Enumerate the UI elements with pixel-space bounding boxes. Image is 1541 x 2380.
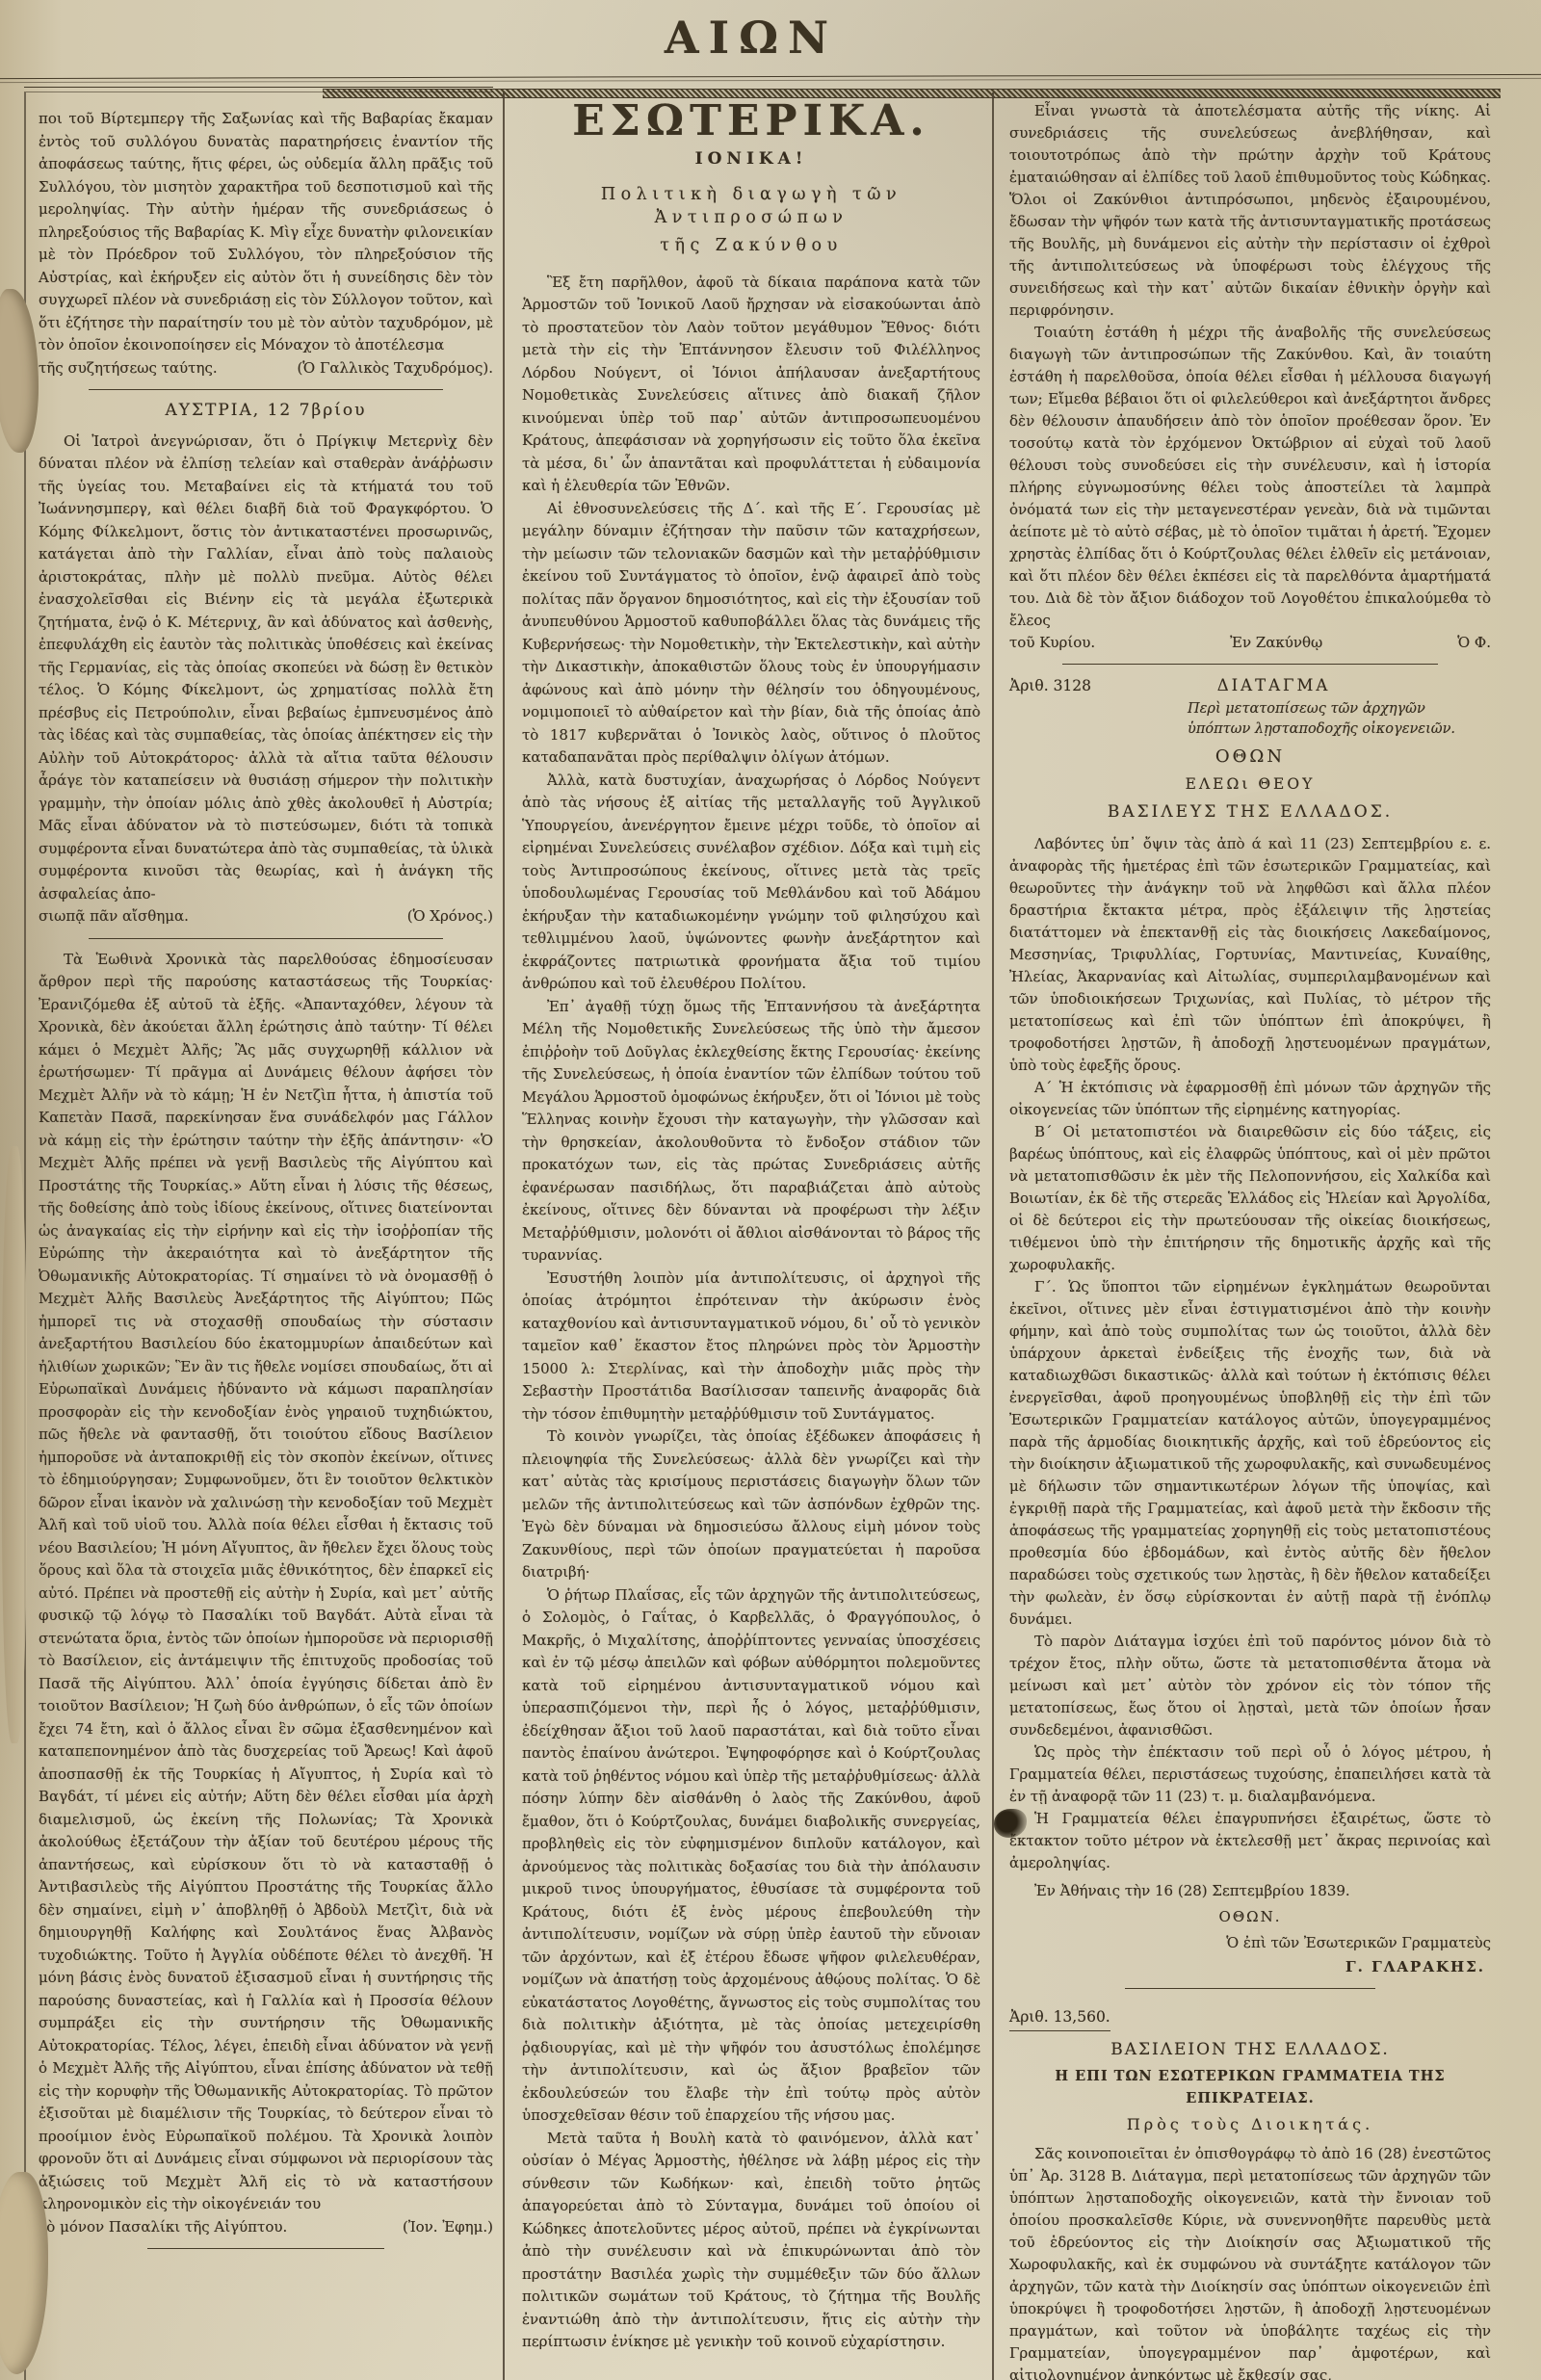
attribution-line: σιωπᾷ πᾶν αἴσθημα. (Ὁ Χρόνος.) bbox=[39, 905, 493, 928]
decree-clause-c: Γ´. Ὡς ὕποπτοι τῶν εἰρημένων ἐγκλημάτων … bbox=[1009, 1276, 1491, 1631]
paragraph-ending: τὸ μόνον Πασαλίκι τῆς Αἰγύπτου. bbox=[39, 2216, 287, 2239]
article-paragraph: Εἶναι γνωστὰ τὰ ἀποτελέσματα αὐτῆς τῆς ν… bbox=[1009, 100, 1491, 322]
secretary-signature: Γ. ΓΛΑΡΑΚΗΣ. bbox=[1009, 1956, 1485, 1978]
subsection-title: ΙΟΝΙΚΑ! bbox=[522, 148, 980, 171]
decree-clause-a: Α´ Ἡ ἐκτόπισις νὰ ἐφαρμοσθῇ ἐπὶ μόνων τῶ… bbox=[1009, 1077, 1491, 1121]
secretary-title: Ὁ ἐπὶ τῶν Ἐσωτερικῶν Γραμματεὺς bbox=[1009, 1932, 1491, 1954]
article-closing-line: τοῦ Κυρίου. Ἐν Ζακύνθῳ Ὁ Φ. bbox=[1009, 632, 1491, 654]
article-paragraph: Τὸ κοινὸν γνωρίζει, τὰς ὁποίας ἐξέδωκεν … bbox=[522, 1425, 980, 1584]
attribution-line: τὸ μόνον Πασαλίκι τῆς Αἰγύπτου. (Ἰον. Ἐφ… bbox=[39, 2216, 493, 2239]
right-column: Εἶναι γνωστὰ τὰ ἀποτελέσματα αὐτῆς τῆς ν… bbox=[1009, 100, 1491, 2380]
section-separator bbox=[89, 389, 443, 390]
decree-subtitle-line1: Περὶ μετατοπίσεως τῶν ἀρχηγῶν bbox=[1188, 699, 1491, 719]
source-credit: (Ἰον. Ἐφημ.) bbox=[403, 2216, 493, 2239]
section-separator bbox=[1062, 664, 1438, 665]
newspaper-title: ΑΙΩΝ bbox=[0, 12, 1502, 64]
decree-subtitle-line2: ὑπόπτων λῃσταποδοχῆς οἰκογενειῶν. bbox=[1188, 719, 1491, 740]
article-paragraph: Αἱ ἐθνοσυνελεύσεις τῆς Δ´. καὶ τῆς Ε´. Γ… bbox=[522, 498, 980, 770]
article-title-line1: Πολιτικὴ διαγωγὴ τῶν Ἀντιπροσώπων bbox=[522, 184, 980, 229]
left-column-top-rule bbox=[24, 87, 493, 92]
section-separator bbox=[1125, 1988, 1375, 1989]
section-separator bbox=[89, 938, 443, 939]
source-credit: (Ὁ Γαλλικὸς Ταχυδρόμος). bbox=[297, 357, 493, 380]
decree-paragraph: Ὡς πρὸς τὴν ἐπέκτασιν τοῦ περὶ οὗ ὁ λόγο… bbox=[1009, 1741, 1491, 1808]
decree-title: ΔΙΑΤΑΓΜΑ bbox=[1074, 674, 1474, 696]
article-paragraph: Τοιαύτη ἐστάθη ἡ μέχρι τῆς ἀναβολῆς τῆς … bbox=[1009, 322, 1491, 632]
king-name-heading: ΟΘΩΝ bbox=[1009, 745, 1491, 768]
to-the-governors-heading: Πρὸς τοὺς Διοικητάς. bbox=[1009, 2113, 1491, 2135]
decree-header: Ἀριθ. 3128 ΔΙΑΤΑΓΜΑ bbox=[1009, 674, 1491, 697]
paragraph-ending: τῆς συζητήσεως ταύτης. bbox=[39, 357, 218, 380]
newspaper-page: ΑΙΩΝ ποι τοῦ Βίρτεμπεργ τῆς Σαξωνίας καὶ… bbox=[0, 0, 1541, 2380]
decree-clause-b: Β´ Οἱ μετατοπιστέοι νὰ διαιρεθῶσιν εἰς δ… bbox=[1009, 1121, 1491, 1276]
section-title: ΕΣΩΤΕΡΙΚΑ. bbox=[522, 110, 980, 133]
torn-edge-fragment bbox=[0, 289, 39, 453]
article-paragraph: Μετὰ ταῦτα ἡ Βουλὴ κατὰ τὸ φαινόμενον, ἀ… bbox=[522, 2128, 980, 2354]
column-divider-1 bbox=[503, 92, 505, 2380]
circular-body: Σᾶς κοινοποιεῖται ἐν ὀπισθογράφῳ τὸ ἀπὸ … bbox=[1009, 2143, 1491, 2380]
masthead-rule bbox=[0, 74, 1541, 83]
decree-dateline: Ἐν Ἀθήναις τὴν 16 (28) Σεπτεμβρίου 1839. bbox=[1009, 1880, 1491, 1902]
morning-chronicle-article: Τὰ Ἑωθινὰ Χρονικὰ τὰς παρελθούσας ἐδημοσ… bbox=[39, 949, 493, 2216]
circular-number: Ἀριθ. 13,560. bbox=[1009, 2006, 1110, 2031]
closing-words: τοῦ Κυρίου. bbox=[1009, 632, 1095, 654]
left-edge-rule bbox=[24, 92, 26, 2380]
source-credit: (Ὁ Χρόνος.) bbox=[407, 905, 493, 928]
by-grace-of-god-heading: ΕΛΕΩι ΘΕΟΥ bbox=[1009, 773, 1491, 796]
decree-paragraph: Ἡ Γραμματεία θέλει ἐπαγρυπνήσει ἐξαιρέτω… bbox=[1009, 1808, 1491, 1874]
king-signature: ΟΘΩΝ. bbox=[1009, 1906, 1491, 1928]
austria-dateline-heading: ΑΥΣΤΡΙΑ, 12 7βρίου bbox=[39, 400, 493, 423]
author-initial: Ὁ Φ. bbox=[1457, 632, 1491, 654]
article-paragraph: Ὁ ῥήτωρ Πλαΐσας, εἷς τῶν ἀρχηγῶν τῆς ἀντ… bbox=[522, 1584, 980, 2128]
closing-place: Ἐν Ζακύνθῳ bbox=[1230, 632, 1322, 654]
austria-article: Οἱ Ἰατροὶ ἀνεγνώρισαν, ὅτι ὁ Πρίγκιψ Μετ… bbox=[39, 431, 493, 906]
secretariat-heading: Η ΕΠΙ ΤΩΝ ΕΣΩΤΕΡΙΚΩΝ ΓΡΑΜΜΑΤΕΙΑ ΤΗΣ ΕΠΙΚ… bbox=[1009, 2065, 1491, 2109]
paragraph-ending: σιωπᾷ πᾶν αἴσθημα. bbox=[39, 905, 189, 928]
center-column: ΕΣΩΤΕΡΙΚΑ. ΙΟΝΙΚΑ! Πολιτικὴ διαγωγὴ τῶν … bbox=[522, 96, 980, 2354]
king-of-greece-heading: ΒΑΣΙΛΕΥΣ ΤΗΣ ΕΛΛΑΔΟΣ. bbox=[1009, 801, 1491, 824]
decree-paragraph: Λαβόντες ὑπ᾽ ὄψιν τὰς ἀπὸ ά καὶ 11 (23) … bbox=[1009, 833, 1491, 1077]
article-title-line2: τῆς Ζακύνθου bbox=[522, 235, 980, 258]
decree-paragraph: Τὸ παρὸν Διάταγμα ἰσχύει ἐπὶ τοῦ παρόντο… bbox=[1009, 1631, 1491, 1741]
article-paragraph: Ἐπ᾽ ἀγαθῇ τύχῃ ὅμως τῆς Ἑπταννήσου τὰ ἀν… bbox=[522, 996, 980, 1268]
article-continuation: ποι τοῦ Βίρτεμπεργ τῆς Σαξωνίας καὶ τῆς … bbox=[39, 108, 493, 357]
kingdom-of-greece-heading: ΒΑΣΙΛΕΙΟΝ ΤΗΣ ΕΛΛΑΔΟΣ. bbox=[1009, 2039, 1491, 2061]
article-paragraph: Ἐσυστήθη λοιπὸν μία ἀντιπολίτευσις, οἱ ἀ… bbox=[522, 1268, 980, 1426]
article-paragraph: Ἀλλὰ, κατὰ δυστυχίαν, ἀναχωρήσας ὁ Λόρδο… bbox=[522, 770, 980, 996]
article-end-rule bbox=[147, 2248, 383, 2249]
left-column: ποι τοῦ Βίρτεμπεργ τῆς Σαξωνίας καὶ τῆς … bbox=[39, 108, 493, 2259]
article-paragraph: Ἓξ ἔτη παρῆλθον, ἀφοῦ τὰ δίκαια παράπονα… bbox=[522, 272, 980, 498]
attribution-line: τῆς συζητήσεως ταύτης. (Ὁ Γαλλικὸς Ταχυδ… bbox=[39, 357, 493, 380]
column-divider-2 bbox=[992, 92, 994, 2380]
